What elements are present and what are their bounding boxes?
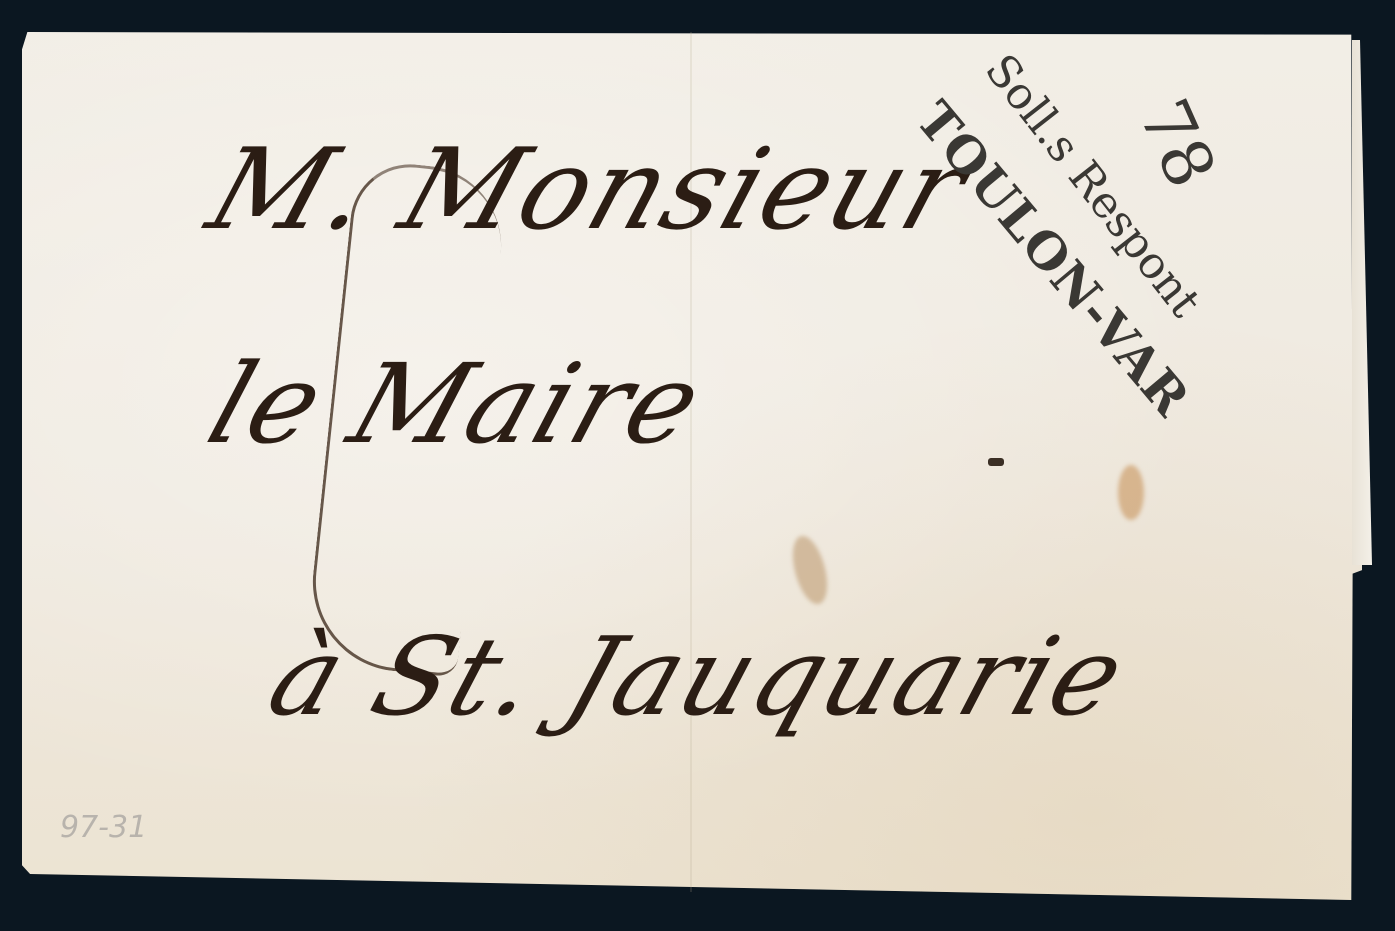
address-line-recipient-title: M. Monsieur — [194, 125, 984, 255]
address-line-office: le Maire — [194, 340, 718, 468]
letter-fold-flap — [1352, 40, 1372, 565]
address-line-place: à St. Jauquarie — [255, 615, 1141, 740]
ink-blot — [988, 458, 1004, 466]
foxing-stain — [1118, 465, 1144, 520]
pencil-note: 97-31 — [60, 810, 147, 845]
